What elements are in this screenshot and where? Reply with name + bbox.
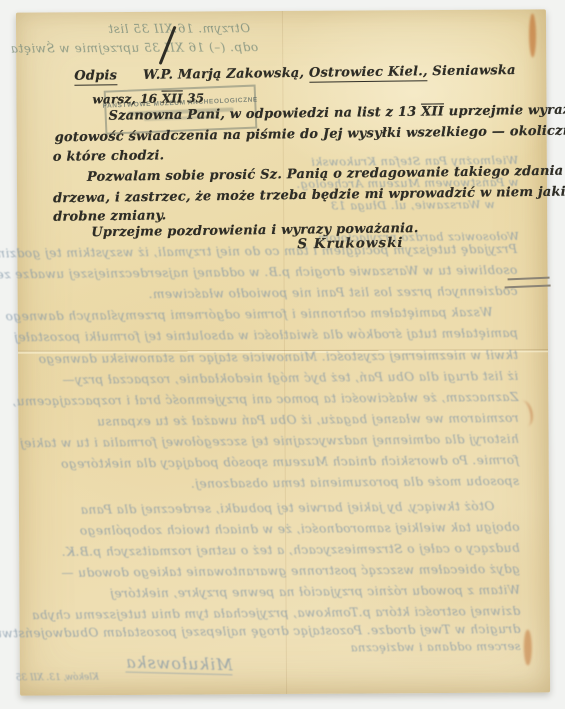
bleedthrough-line: codziennych przez los list Pani nie powi… <box>148 285 517 300</box>
scan-background: Mikułowska Kleków, 13. XII 35 Wielmożny … <box>0 0 565 709</box>
bleedthrough-line: drugich w Twej drodze. Pozostając drogę … <box>0 623 520 640</box>
bleedthrough-line: Zaznaczam, że właściwości ta pomoc ani p… <box>12 391 518 408</box>
recipient-place: Ostrowiec Kiel., <box>309 64 428 83</box>
rust-stain-top-right <box>529 13 536 57</box>
bleedthrough-line: Przyjadę tutejszym pociągiem i tam co do… <box>0 243 517 260</box>
archival-note-line: odp. (–) 16 XII 35 uprzejmie w Święta <box>10 40 258 56</box>
ink-slash-mark <box>159 26 176 65</box>
pencil-margin-mark <box>508 277 550 280</box>
copy-label: Odpis <box>74 68 117 86</box>
bleedthrough-line: iż list drugi dla Obu Pań, też być mógł … <box>62 370 518 386</box>
roman-month: XII <box>162 91 183 105</box>
bleedthrough-line: dziwnej ostrości która p.Tomkowa, przyje… <box>32 605 521 621</box>
bleedthrough-date-note: Kleków, 13. XII 35 <box>16 673 99 684</box>
body-line: o które chodzi. <box>53 149 165 163</box>
recipient-line: OdpisW.P. Marją Zakowską, Ostrowiec Kiel… <box>74 64 516 83</box>
bleedthrough-line: formie. Po dworskich dniach Muzeum sposó… <box>61 454 519 470</box>
bleedthrough-signature: Mikułowska <box>125 653 233 676</box>
archival-note-line: Otrzym. 16.XII 35 list <box>108 21 250 36</box>
bleedthrough-line: sposobu może dla porozumienia temu obsad… <box>190 475 519 490</box>
pencil-margin-mark <box>505 285 551 288</box>
bleedthrough-line: budzący o całej o Strzemieszycach, a też… <box>61 542 519 558</box>
body-line: Pozwalam sobie prosić Sz. Panią o zredag… <box>87 164 565 183</box>
bleedthrough-line: Wszak pamiętałem ochronnie i formie odgó… <box>5 306 493 322</box>
roman-month: XII <box>421 104 444 119</box>
dateline: warsz, 16 XII 35 <box>92 92 204 105</box>
bleedthrough-line: pamiętałem tutaj środków dla światłości … <box>14 327 518 344</box>
bleedthrough-line: sercem oddana i wdzięczna <box>350 641 520 654</box>
body-line: drzewa, i zastrzec, że może trzeba będzi… <box>53 185 565 205</box>
recipient-name: W.P. Marją Zakowską, <box>143 66 309 83</box>
body-line: drobne zmiany. <box>53 209 166 223</box>
signature: S Krukowski <box>297 237 403 252</box>
bleedthrough-line: osobliwie tu w Warszawie drogich p.B. w … <box>0 264 517 281</box>
bleedthrough-line: rozmiarom we własnej bagażu, iż Obu Pań … <box>97 412 519 428</box>
recipient-name2: Sieniawska <box>428 63 516 79</box>
bleedthrough-line: Otóż tkwiący, by jakiej barwie tej pobud… <box>80 500 494 516</box>
bleedthrough-line: gdyż obiecałem wszcząć postronne gwarant… <box>61 563 520 579</box>
bleedthrough-line: Witam z powodu różnic przyjaciół na pewn… <box>110 584 520 600</box>
rust-stain-mid-right <box>515 399 535 428</box>
bleedthrough-line: historyj dla odmiennej nadzwyczajnie tej… <box>20 433 519 450</box>
letter-paper: Mikułowska Kleków, 13. XII 35 Wielmożny … <box>16 9 550 695</box>
fold-crease-horizontal <box>18 349 548 353</box>
rust-stain-bottom-right <box>524 629 532 665</box>
bleedthrough-line: obojgu tak wielkiej samorodności, że w d… <box>79 521 519 537</box>
